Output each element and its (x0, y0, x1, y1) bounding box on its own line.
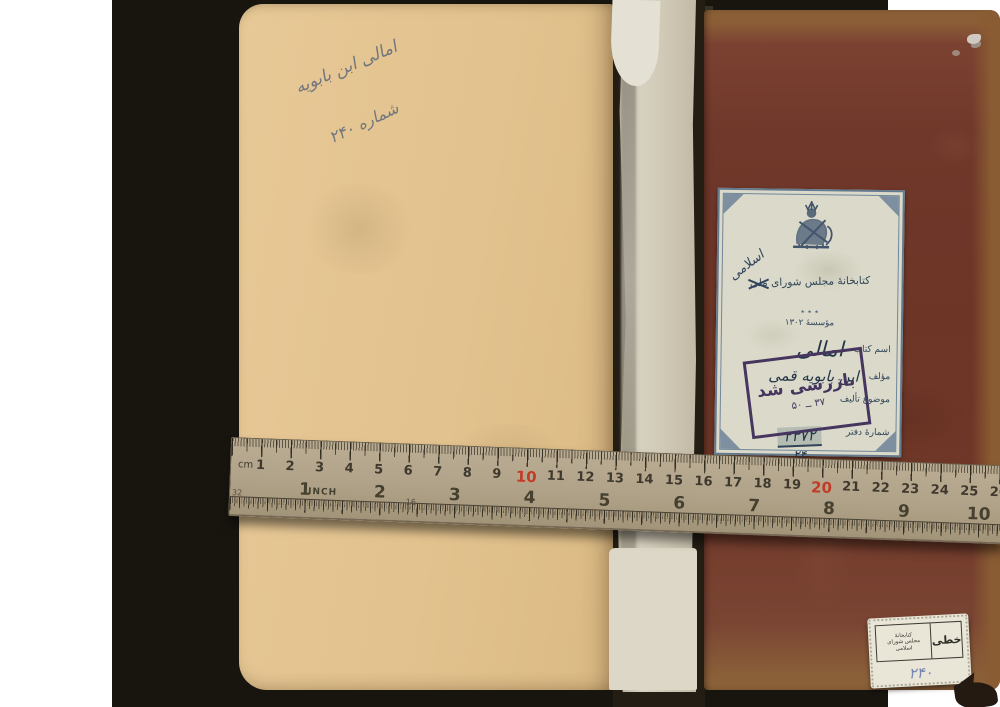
ruler-cm-number: 12 (576, 470, 595, 486)
ruler-inch-unit-label: INCH (308, 487, 337, 498)
ruler-inch-number: 10 (966, 504, 990, 525)
ruler-inch-number: 4 (523, 488, 536, 508)
ruler-cm-number: 19 (783, 477, 802, 493)
spine-tape-bottom-patch (609, 548, 697, 690)
ruler-cm-number: 17 (724, 475, 743, 491)
bookplate-header: کتابخانهٔ مجلس شورای ملی (718, 274, 901, 290)
ruler-cm-number: 25 (960, 484, 979, 500)
ruler-cm-number: 11 (547, 469, 566, 485)
ruler-cm-number: 3 (315, 460, 325, 475)
ruler-cm-number: 23 (901, 482, 920, 498)
ruler-inch-number: 7 (748, 496, 761, 516)
ruler-inch-number: 5 (598, 491, 611, 511)
ruler-cm-number: 7 (433, 464, 443, 479)
bookplate-corner-ornament (878, 196, 898, 216)
ruler-cm-number: 21 (842, 479, 861, 495)
bookplate-header-text: کتابخانهٔ مجلس شورای (771, 275, 870, 289)
ruler-inch-number: 9 (898, 501, 911, 521)
bookplate-ornament: ٭ ٭ ٭ (718, 306, 901, 318)
ruler-cm-number: 22 (871, 481, 890, 497)
manuscript-photo-stage: امالی ابن بابویه شماره ۲۴۰ (0, 0, 1000, 707)
inspection-stamp-number: ۳۷ ــ ۵۰ (791, 397, 826, 412)
photo-background: امالی ابن بابویه شماره ۲۴۰ (112, 0, 888, 707)
ruler-inch-number: 2 (374, 482, 387, 502)
ruler-cm-number: 15 (665, 473, 684, 489)
ruler-cm-number: 6 (403, 463, 413, 478)
ruler-inch-number: 3 (448, 485, 461, 505)
left-endpaper-page (239, 4, 613, 690)
ruler-cm-number: 18 (753, 476, 772, 492)
leather-edge (972, 10, 1000, 690)
ruler-cm-number: 20 (811, 478, 833, 497)
inspection-stamp: بازرسی شد ۳۷ ــ ۵۰ (743, 347, 872, 439)
bookplate-row-label: شمارهٔ دفتر (846, 428, 890, 439)
ruler-cm-number: 9 (492, 467, 502, 482)
ruler-cm-number: 16 (694, 474, 713, 490)
bookplate-row-label: مؤلف (869, 372, 891, 382)
bookplate-header-struck-word: ملی (750, 277, 768, 289)
ruler-cm-number: 1 (256, 458, 266, 473)
lion-and-sun-emblem (776, 198, 845, 255)
page-stain (299, 184, 419, 274)
ruler-cm-number: 4 (344, 461, 354, 476)
shelf-label-library-line: اسلامی (895, 645, 912, 652)
inspection-stamp-text: بازرسی شد (756, 370, 856, 402)
shelf-label-type-cell: خطی (930, 622, 962, 659)
ruler-cm-number: 26 (989, 485, 1000, 501)
bookplate-corner-ornament (724, 194, 744, 214)
shelf-label-library-cell: کتابخانهٔ مجلس شورای اسلامی (876, 623, 932, 661)
ruler-inch-number: 6 (673, 493, 686, 513)
shelf-label: خطی کتابخانهٔ مجلس شورای اسلامی ۲۴۰ (867, 613, 972, 688)
ruler-cm-number: 2 (285, 459, 295, 474)
ruler-inch-number: 1 (299, 480, 312, 500)
ruler-cm-number: 10 (515, 467, 537, 486)
ruler-cm-number: 5 (374, 462, 384, 477)
bookplate-founded-year: مؤسسهٔ ۱۳۰۲ (718, 317, 901, 330)
shelf-label-box: خطی کتابخانهٔ مجلس شورای اسلامی (875, 621, 964, 663)
ruler-cm-number: 14 (635, 472, 654, 488)
cover-damage-spot (952, 50, 960, 56)
ruler-cm-unit-label: cm (238, 459, 254, 471)
ruler-cm-number: 24 (930, 483, 949, 499)
library-bookplate: کتابخانهٔ مجلس شورای ملی اسلامی ٭ ٭ ٭ مؤ… (714, 188, 905, 458)
ruler-cm-number: 13 (606, 471, 625, 487)
ruler-inch-number: 8 (823, 499, 836, 519)
ruler-cm-number: 8 (462, 466, 472, 481)
